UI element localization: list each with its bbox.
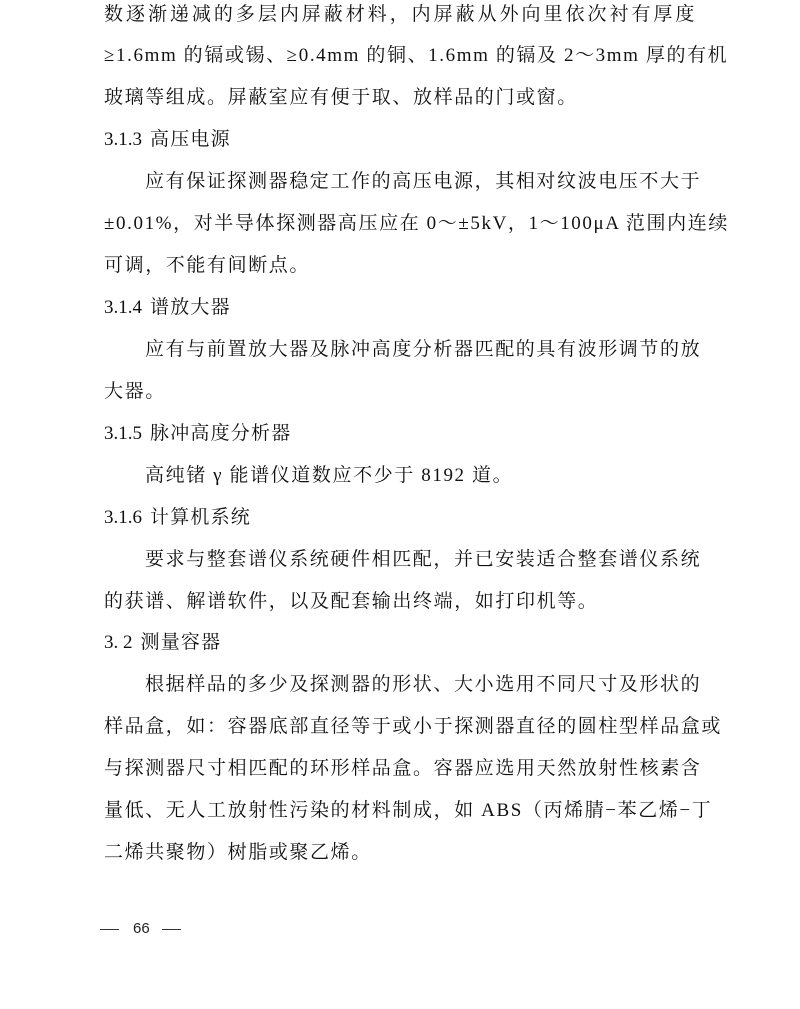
paragraph-line: 与探测器尺寸相匹配的环形样品盒。容器应选用天然放射性核素含 <box>104 754 696 784</box>
section-number: 3.1.5 <box>104 423 142 444</box>
paragraph-line: 应有保证探测器稳定工作的高压电源，其相对纹波电压不大于 <box>145 167 696 197</box>
paragraph-line: 样品盒，如：容器底部直径等于或小于探测器直径的圆柱型样品盒或 <box>104 712 696 742</box>
paragraph-line: 数逐渐递减的多层内屏蔽材料，内屏蔽从外向里依次衬有厚度 <box>104 0 696 30</box>
section-number: 3.1.6 <box>104 507 142 528</box>
paragraph-line: ±0.01%，对半导体探测器高压应在 0～±5kV，1～100μA 范围内连续 <box>104 209 696 239</box>
paragraph-line: 玻璃等组成。屏蔽室应有便于取、放样品的门或窗。 <box>104 83 578 113</box>
footer-dash-left <box>100 929 119 930</box>
section-title: 高压电源 <box>150 129 231 150</box>
section-title: 计算机系统 <box>150 507 251 528</box>
section-heading-3-2: 3. 2测量容器 <box>104 628 221 658</box>
page-number: 66 <box>133 916 150 942</box>
page-footer: 66 <box>100 916 181 942</box>
paragraph-line: 的获谱、解谱软件，以及配套输出终端，如打印机等。 <box>104 587 598 617</box>
section-title: 谱放大器 <box>150 297 231 318</box>
section-number: 3.1.3 <box>104 129 142 150</box>
section-heading-3-1-3: 3.1.3高压电源 <box>104 125 231 155</box>
paragraph-line: 可调，不能有间断点。 <box>104 251 310 281</box>
paragraph-line: 量低、无人工放射性污染的材料制成，如 ABS（丙烯腈−苯乙烯−丁 <box>104 796 696 826</box>
section-heading-3-1-6: 3.1.6计算机系统 <box>104 503 251 533</box>
paragraph-line: 根据样品的多少及探测器的形状、大小选用不同尺寸及形状的 <box>145 670 696 700</box>
paragraph-line: ≥1.6mm 的镉或锡、≥0.4mm 的铜、1.6mm 的镉及 2～3mm 厚的… <box>104 41 696 71</box>
section-title: 测量容器 <box>141 632 222 653</box>
section-number: 3. 2 <box>104 632 133 653</box>
paragraph-line: 大器。 <box>104 377 166 407</box>
paragraph-line: 二烯共聚物）树脂或聚乙烯。 <box>104 838 372 868</box>
footer-dash-right <box>162 929 181 930</box>
section-number: 3.1.4 <box>104 297 142 318</box>
paragraph-line: 应有与前置放大器及脉冲高度分析器匹配的具有波形调节的放 <box>145 335 696 365</box>
section-heading-3-1-5: 3.1.5脉冲高度分析器 <box>104 419 291 449</box>
paragraph-line: 要求与整套谱仪系统硬件相匹配，并已安装适合整套谱仪系统 <box>145 545 696 575</box>
paragraph-line: 高纯锗 γ 能谱仪道数应不少于 8192 道。 <box>145 461 513 491</box>
section-heading-3-1-4: 3.1.4谱放大器 <box>104 293 231 323</box>
section-title: 脉冲高度分析器 <box>150 423 291 444</box>
